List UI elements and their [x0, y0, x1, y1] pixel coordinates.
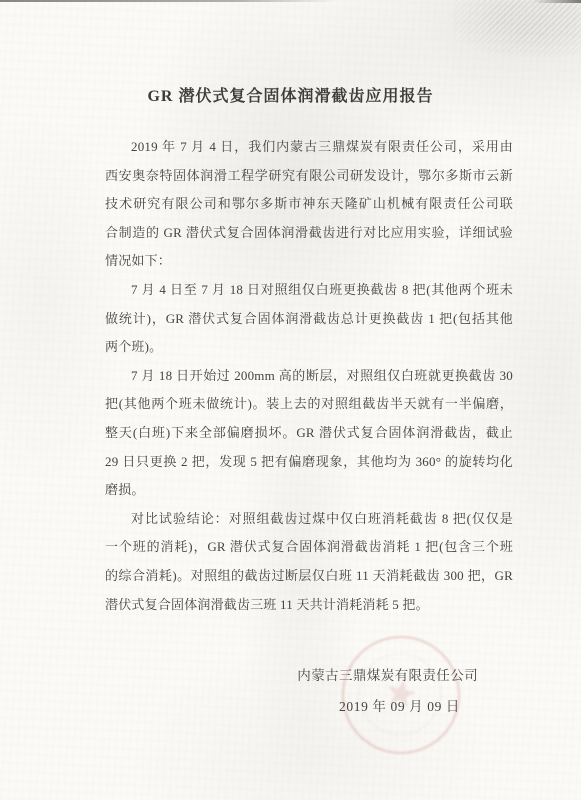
signature-date: 2019 年 09 月 09 日: [339, 697, 460, 717]
scan-edge-artifact-top-left: [0, 0, 338, 2]
paragraph-line: 整天(白班)下来全部偏磨损坏。GR 潜伏式复合固体润滑截齿，截止: [105, 419, 513, 448]
paragraph-line: 磨损。: [105, 476, 513, 505]
paragraph-line: 7 月 18 日开始过 200mm 高的断层，对照组仅白班就更换截齿 30: [105, 362, 513, 391]
signature-company-name: 内蒙古三鼎煤炭有限责任公司: [297, 666, 478, 686]
paragraph-line: 西安奥奈特固体润滑工程学研究有限公司研发设计，鄂尔多斯市云新: [105, 162, 513, 191]
paragraph-line: 29 日只更换 2 把，发现 5 把有偏磨现象，其他均为 360° 的旋转均化: [105, 448, 513, 477]
paragraph-line: 合制造的 GR 潜伏式复合固体润滑截齿进行对比应用实验，详细试验: [105, 219, 513, 248]
paragraph-line: 把(其他两个班未做统计)。装上去的对照组截齿半天就有一半偏磨，: [105, 390, 513, 419]
scanned-page: GR 潜伏式复合固体润滑截齿应用报告 2019 年 7 月 4 日，我们内蒙古三…: [0, 0, 581, 800]
paragraph-line: 情况如下：: [105, 247, 513, 276]
paragraph-line: 做统计)，GR 潜伏式复合固体润滑截齿总计更换截齿 1 把(包括其他: [105, 305, 513, 334]
document-body: 2019 年 7 月 4 日，我们内蒙古三鼎煤炭有限责任公司，采用由西安奥奈特固…: [105, 133, 513, 619]
paragraph-line: 两个班)。: [105, 333, 513, 362]
paragraph-line: 一个班的消耗)，GR 潜伏式复合固体润滑截齿消耗 1 把(包含三个班: [105, 533, 513, 562]
paragraph-line: 潜伏式复合固体润滑截齿三班 11 天共计消耗消耗 5 把。: [105, 591, 513, 620]
paragraph-line: 技术研究有限公司和鄂尔多斯市神东天隆矿山机械有限责任公司联: [105, 190, 513, 219]
paragraph-line: 7 月 4 日至 7 月 18 日对照组仅白班更换截齿 8 把(其他两个班未: [105, 276, 513, 305]
company-seal-stamp-icon: ★: [342, 636, 460, 754]
scan-noise-patch: [451, 0, 581, 58]
paragraph-line: 的综合消耗)。对照组的截齿过断层仅白班 11 天消耗截齿 300 把，GR: [105, 562, 513, 591]
document-title: GR 潜伏式复合固体润滑截齿应用报告: [0, 85, 581, 109]
paragraph-line: 2019 年 7 月 4 日，我们内蒙古三鼎煤炭有限责任公司，采用由: [105, 133, 513, 162]
paragraph-line: 对比试验结论：对照组截齿过煤中仅白班消耗截齿 8 把(仅仅是: [105, 505, 513, 534]
